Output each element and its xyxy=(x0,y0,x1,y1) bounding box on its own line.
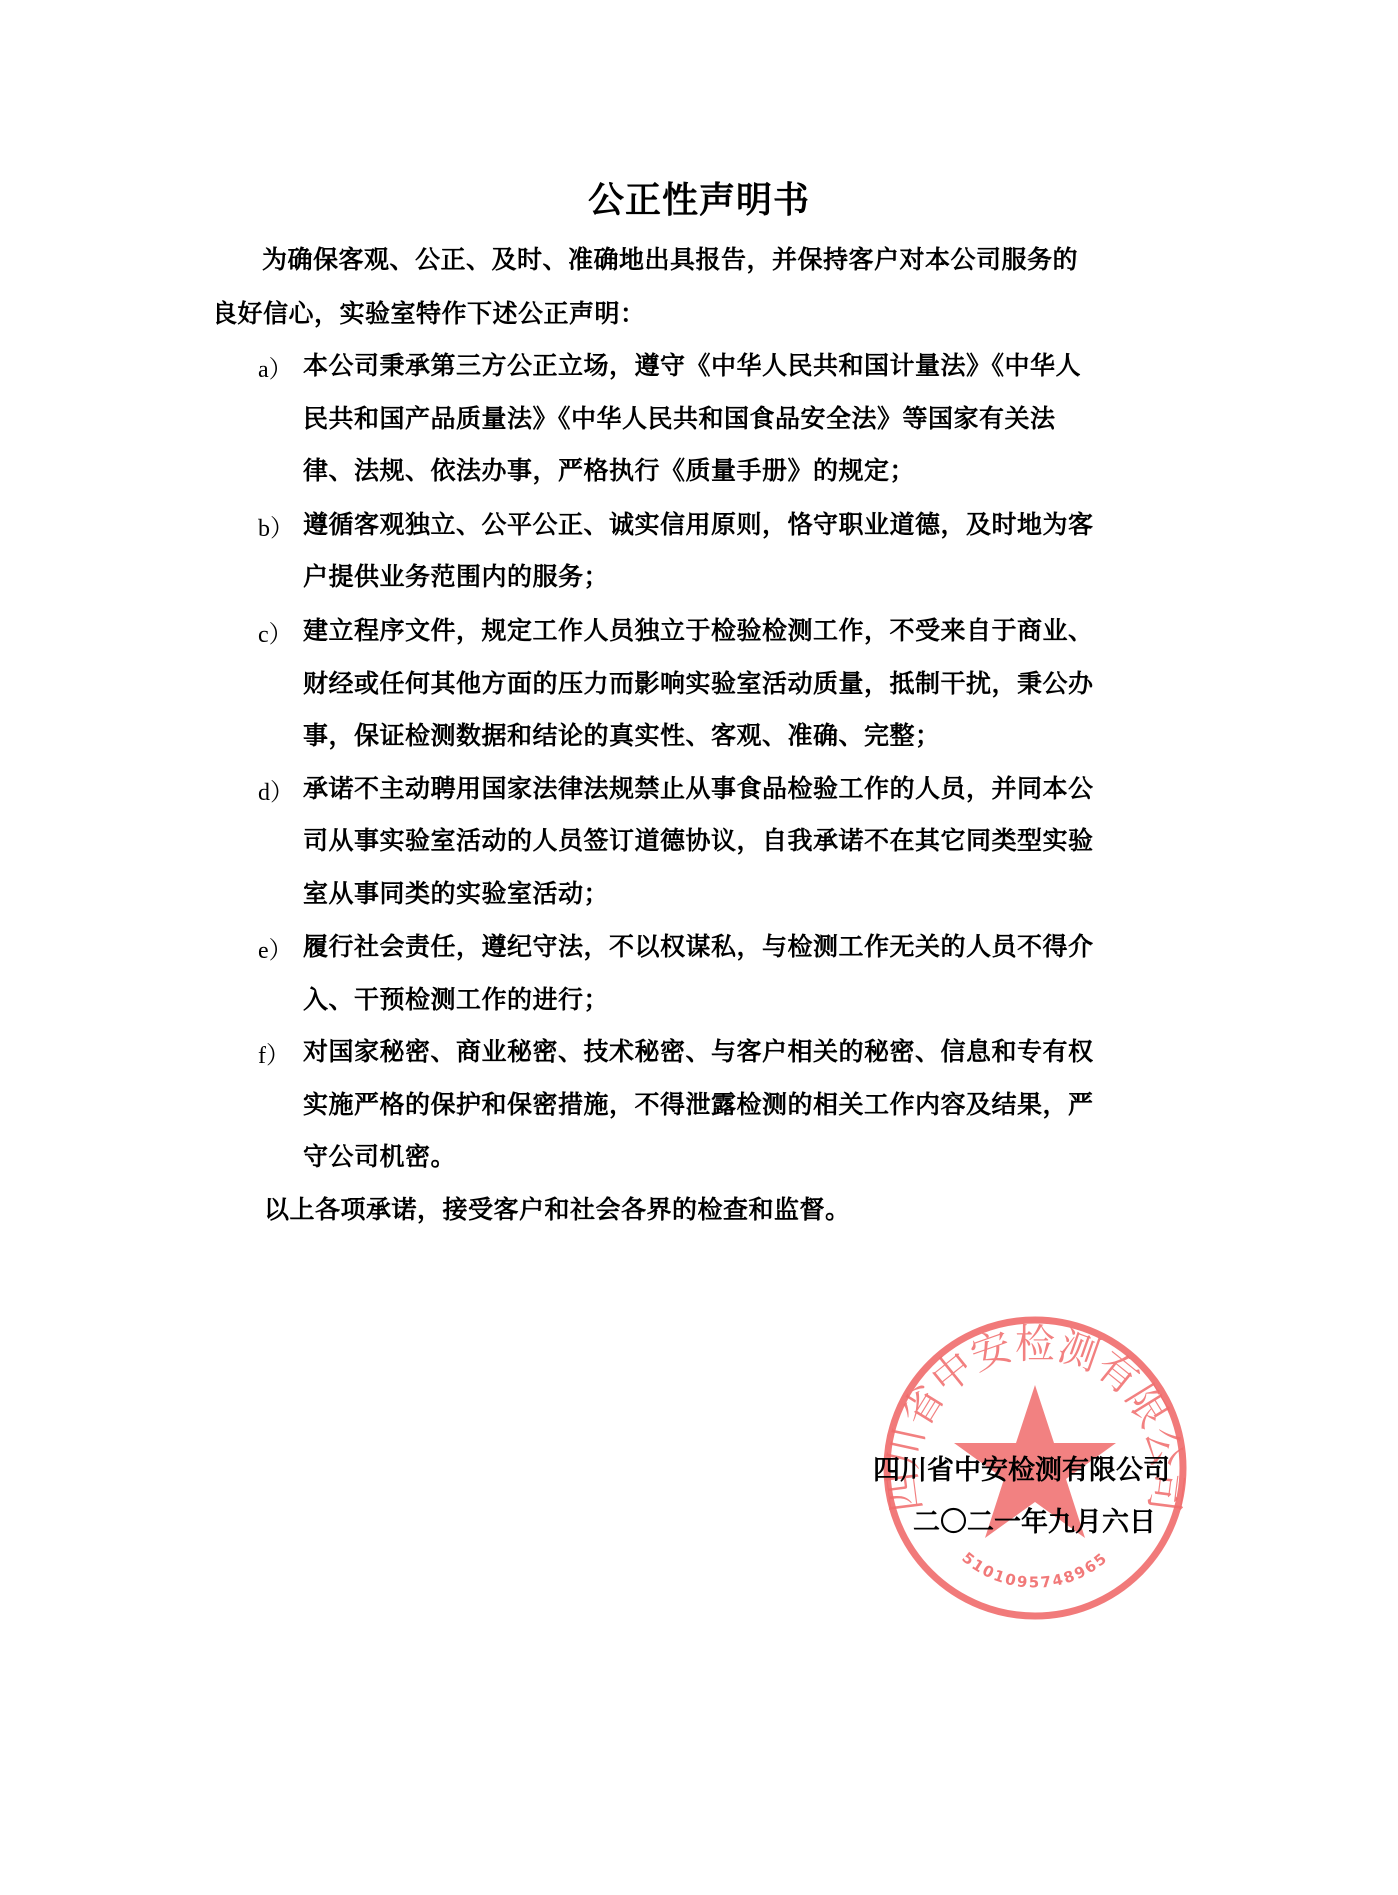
item-a-line-1: 本公司秉承第三方公正立场，遵守《中华人民共和国计量法》《中华人 xyxy=(303,346,1081,382)
item-b-line-1: 遵循客观独立、公平公正、诚实信用原则，恪守职业道德，及时地为客 xyxy=(303,505,1094,541)
document-page: 公正性声明书 为确保客观、公正、及时、准确地出具报告，并保持客户对本公司服务的 … xyxy=(0,0,1398,1895)
closing-statement: 以上各项承诺，接受客户和社会各界的检查和监督。 xyxy=(264,1190,851,1226)
item-f-line-1: 对国家秘密、商业秘密、技术秘密、与客户相关的秘密、信息和专有权 xyxy=(303,1032,1094,1068)
item-f-label: f） xyxy=(258,1035,290,1070)
item-f-line-3: 守公司机密。 xyxy=(303,1137,456,1173)
item-f-line-2: 实施严格的保护和保密措施，不得泄露检测的相关工作内容及结果，严 xyxy=(303,1085,1094,1121)
item-e-line-2: 入、干预检测工作的进行； xyxy=(303,980,609,1016)
item-c-label: c） xyxy=(258,614,293,649)
item-a-line-3: 律、法规、依法办事，严格执行《质量手册》的规定； xyxy=(303,451,915,487)
item-d-label: d） xyxy=(258,772,294,807)
item-d-line-2: 司从事实验室活动的人员签订道德协议，自我承诺不在其它同类型实验 xyxy=(303,821,1094,857)
item-c-line-2: 财经或任何其他方面的压力而影响实验室活动质量，抵制干扰，秉公办 xyxy=(303,664,1094,700)
item-a-label: a） xyxy=(258,349,293,384)
item-c-line-1: 建立程序文件，规定工作人员独立于检验检测工作，不受来自于商业、 xyxy=(303,611,1094,647)
item-b-line-2: 户提供业务范围内的服务； xyxy=(303,557,609,593)
intro-line-2: 良好信心，实验室特作下述公正声明： xyxy=(212,294,646,330)
item-c-line-3: 事，保证检测数据和结论的真实性、客观、准确、完整； xyxy=(303,716,941,752)
item-b-label: b） xyxy=(258,508,294,543)
item-e-label: e） xyxy=(258,930,293,965)
item-a-line-2: 民共和国产品质量法》《中华人民共和国食品安全法》等国家有关法 xyxy=(303,399,1056,435)
item-d-line-1: 承诺不主动聘用国家法律法规禁止从事食品检验工作的人员，并同本公 xyxy=(303,769,1094,805)
signature-company: 四川省中安检测有限公司 xyxy=(873,1448,1170,1487)
intro-line-1: 为确保客观、公正、及时、准确地出具报告，并保持客户对本公司服务的 xyxy=(262,240,1078,276)
item-e-line-1: 履行社会责任，遵纪守法，不以权谋私，与检测工作无关的人员不得介 xyxy=(303,927,1094,963)
svg-text:5101095748965: 5101095748965 xyxy=(959,1548,1112,1591)
document-title: 公正性声明书 xyxy=(0,172,1398,223)
signature-date: 二〇二一年九月六日 xyxy=(913,1500,1156,1539)
item-d-line-3: 室从事同类的实验室活动； xyxy=(303,874,609,910)
